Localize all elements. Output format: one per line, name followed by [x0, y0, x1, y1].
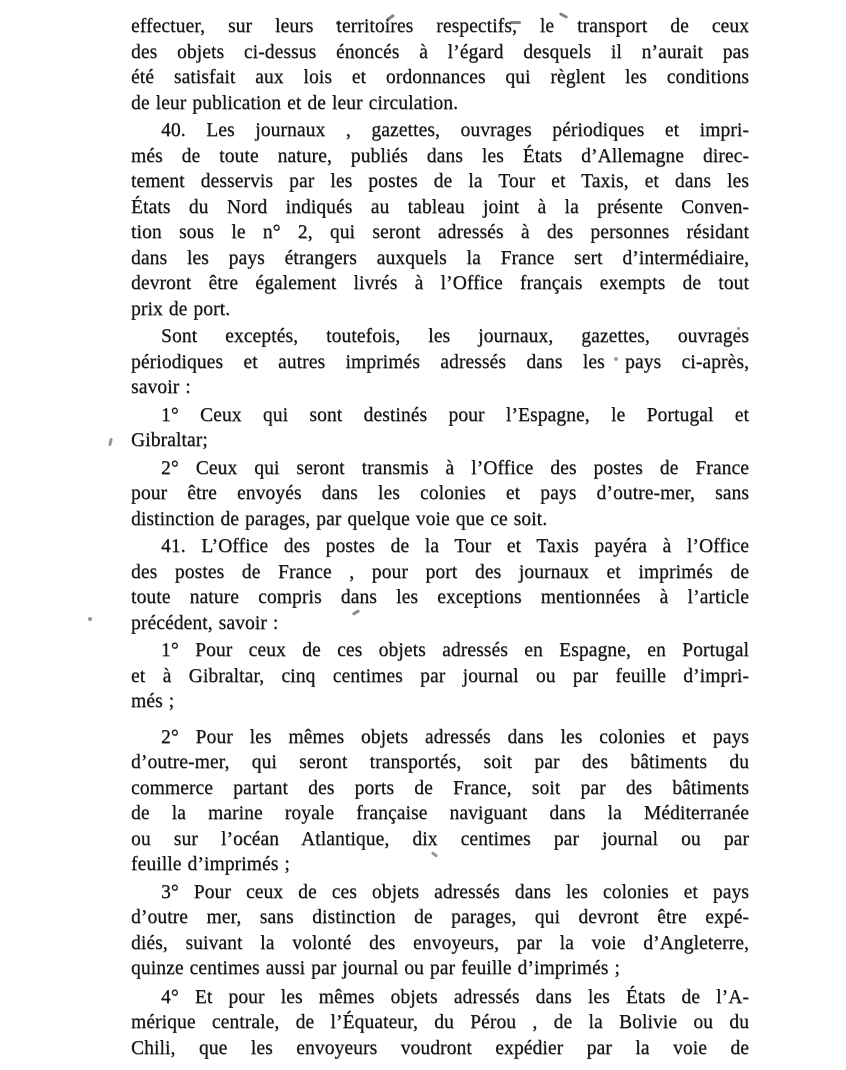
text-line: des objets ci-dessus énoncés à l’égard d… [131, 40, 749, 66]
text-line: effectuer, sur leurs territoires respect… [131, 14, 749, 40]
text-line: toute nature compris dans les exceptions… [131, 585, 749, 611]
text-line: périodiques et autres imprimés adressés … [131, 350, 749, 376]
text-line: ou sur l’océan Atlantique, dix centimes … [131, 827, 749, 853]
text-line: 41. L’Office des postes de la Tour et Ta… [131, 534, 749, 560]
text-line: feuille d’imprimés ; [131, 852, 749, 878]
text-line: prix de port. [131, 297, 749, 323]
text-line: més ; [131, 689, 749, 715]
text-line: distinction de parages, par quelque voie… [131, 507, 749, 533]
text-line: d’outre mer, sans distinction de parages… [131, 905, 749, 931]
paragraph: 40. Les journaux , gazettes, ouvrages pé… [131, 118, 749, 322]
text-line: 1° Pour ceux de ces objets adressés en E… [131, 638, 749, 664]
paragraph: 4° Et pour les mêmes objets adressés dan… [131, 985, 749, 1062]
text-line: de la marine royale française naviguant … [131, 801, 749, 827]
text-line: des postes de France , pour port des jou… [131, 560, 749, 586]
text-line: tement desservis par les postes de la To… [131, 169, 749, 195]
text-line: Chili, que les envoyeurs voudront expédi… [131, 1036, 749, 1062]
paragraph: 2° Ceux qui seront transmis à l’Office d… [131, 456, 749, 533]
scan-artifact [88, 617, 92, 621]
text-line: commerce partant des ports de France, so… [131, 776, 749, 802]
text-line: 4° Et pour les mêmes objets adressés dan… [131, 985, 749, 1011]
scanned-page: effectuer, sur leurs territoires respect… [0, 0, 846, 1070]
paragraph: 1° Pour ceux de ces objets adressés en E… [131, 638, 749, 715]
text-line: été satisfait aux lois et ordonnances qu… [131, 65, 749, 91]
text-line: de leur publication et de leur circulati… [131, 91, 749, 117]
text-line: dans les pays étrangers auxquels la Fran… [131, 246, 749, 272]
text-line: quinze centimes aussi par journal ou par… [131, 956, 749, 982]
text-line: 2° Pour les mêmes objets adressés dans l… [131, 725, 749, 751]
text-line: devront être également livrés à l’Office… [131, 271, 749, 297]
text-line: 3° Pour ceux de ces objets adressés dans… [131, 880, 749, 906]
paragraph: Sont exceptés, toutefois, les journaux, … [131, 324, 749, 401]
scan-artifact [108, 438, 113, 446]
text-line: tion sous le n° 2, qui seront adressés à… [131, 220, 749, 246]
text-line: diés, suivant la volonté des envoyeurs, … [131, 931, 749, 957]
text-line: précédent, savoir : [131, 611, 749, 637]
paragraph: 3° Pour ceux de ces objets adressés dans… [131, 880, 749, 982]
text-line: savoir : [131, 375, 749, 401]
paragraph: effectuer, sur leurs territoires respect… [131, 14, 749, 116]
paragraph: 41. L’Office des postes de la Tour et Ta… [131, 534, 749, 636]
text-line: pour être envoyés dans les colonies et p… [131, 481, 749, 507]
document-text: effectuer, sur leurs territoires respect… [131, 14, 749, 1061]
text-line: 40. Les journaux , gazettes, ouvrages pé… [131, 118, 749, 144]
text-line: Sont exceptés, toutefois, les journaux, … [131, 324, 749, 350]
text-line: 2° Ceux qui seront transmis à l’Office d… [131, 456, 749, 482]
text-line: més de toute nature, publiés dans les Ét… [131, 144, 749, 170]
text-line: 1° Ceux qui sont destinés pour l’Espagne… [131, 403, 749, 429]
paragraph: 1° Ceux qui sont destinés pour l’Espagne… [131, 403, 749, 454]
text-line: et à Gibraltar, cinq centimes par journa… [131, 664, 749, 690]
text-line: mérique centrale, de l’Équateur, du Péro… [131, 1010, 749, 1036]
text-line: d’outre-mer, qui seront transportés, soi… [131, 750, 749, 776]
text-line: États du Nord indiqués au tableau joint … [131, 195, 749, 221]
paragraph: 2° Pour les mêmes objets adressés dans l… [131, 725, 749, 878]
text-line: Gibraltar; [131, 428, 749, 454]
